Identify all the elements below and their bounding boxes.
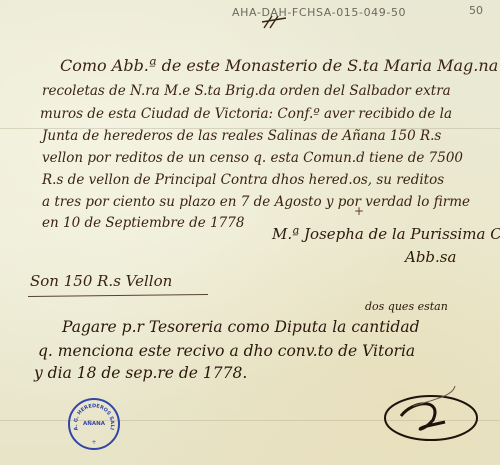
amount-heading: Son 150 R.s Vellon (30, 272, 172, 290)
receipt-superscript: dos ques estan (365, 300, 448, 313)
folio-number: 50 (469, 4, 483, 17)
stamp-ring-text: A. G. HEREDEROS SALINAS (70, 400, 115, 431)
receipt-line-3: y dia 18 de sep.re de 1778. (34, 364, 247, 382)
body-line-3: muros de esta Ciudad de Victoria: Conf.º… (40, 106, 452, 122)
body-line-7: a tres por ciento su plazo en 7 de Agost… (42, 194, 470, 210)
archive-stamp: A. G. HEREDEROS SALINAS + AÑANA (68, 398, 120, 450)
receipt-line-1: Pagare p.r Tesoreria como Diputa la cant… (62, 318, 420, 336)
svg-text:+: + (91, 439, 96, 446)
body-line-8: en 10 de Septiembre de 1778 (42, 215, 244, 231)
stamp-ring-icon: A. G. HEREDEROS SALINAS + (70, 400, 118, 448)
amount-underline (28, 294, 208, 297)
body-line-1: Como Abb.ª de este Monasterio de S.ta Ma… (60, 56, 498, 75)
signature-name: M.ª Josepha de la Purissima Concep.on (272, 225, 500, 243)
pencil-hash-mark-icon (260, 14, 290, 30)
body-line-6: R.s de vellon de Principal Contra dhos h… (42, 172, 444, 188)
receipt-line-2: q. menciona este recivo a dho conv.to de… (38, 342, 415, 360)
svg-text:A. G. HEREDEROS SALINAS: A. G. HEREDEROS SALINAS (70, 400, 115, 431)
body-line-4: Junta de herederos de las reales Salinas… (42, 128, 441, 144)
rubric-flourish-icon (383, 380, 493, 445)
manuscript-page: AHA-DAH-FCHSA-015-049-50 50 Como Abb.ª d… (0, 0, 500, 465)
cross-mark: + (354, 204, 364, 218)
signature-title: Abb.sa (405, 248, 456, 266)
body-line-5: vellon por reditos de un censo q. esta C… (42, 150, 463, 166)
archive-reference: AHA-DAH-FCHSA-015-049-50 (232, 6, 406, 19)
body-line-2: recoletas de N.ra M.e S.ta Brig.da orden… (42, 83, 451, 99)
